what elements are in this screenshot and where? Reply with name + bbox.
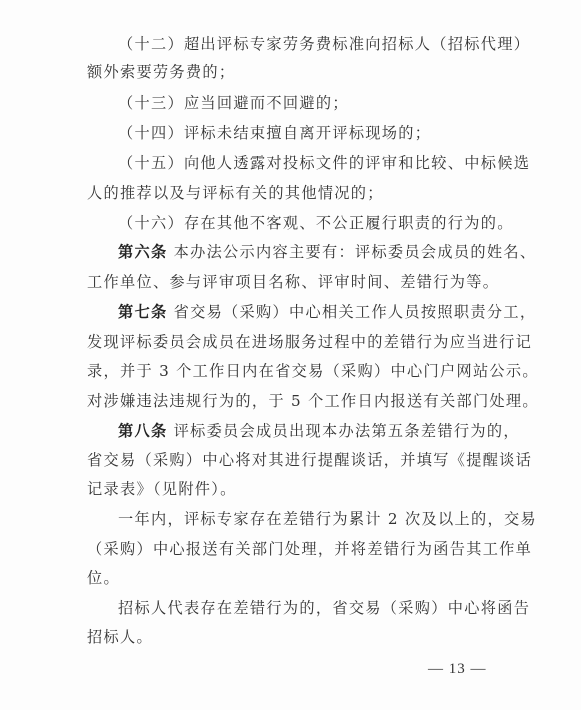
document-page: （十二）超出评标专家劳务费标准向招标人（招标代理） 额外索要劳务费的； （十三）…: [0, 0, 581, 710]
page-number: — 13 —: [428, 661, 487, 678]
text-line: 省交易（采购）中心将对其进行提醒谈话，并填写《提醒谈话: [87, 450, 532, 470]
text-line: 记录表》（见附件）。: [87, 479, 237, 499]
text-line: （采购）中心报送有关部门处理，并将差错行为函告其工作单: [87, 539, 532, 559]
text-line: 发现评标委员会成员在进场服务过程中的差错行为应当进行记: [87, 332, 532, 352]
text-line: 招标人。: [87, 627, 153, 647]
article-8-line: 第八条 评标委员会成员出现本办法第五条差错行为的，: [118, 421, 520, 441]
article-text: 本办法公示内容主要有：评标委员会成员的姓名、: [167, 243, 536, 261]
text-line: 人的推荐以及与评标有关的其他情况的；: [87, 183, 384, 203]
article-6-line: 第六条 本办法公示内容主要有：评标委员会成员的姓名、: [118, 242, 536, 262]
text-line: （十四）评标未结束擅自离开评标现场的；: [118, 123, 431, 143]
text-line: 工作单位、参与评审项目名称、评审时间、差错行为等。: [87, 272, 499, 292]
article-heading: 第八条: [118, 422, 167, 440]
text-line: 额外索要劳务费的；: [87, 62, 235, 82]
article-7-line: 第七条 省交易（采购）中心相关工作人员按照职责分工，: [118, 302, 536, 322]
article-text: 评标委员会成员出现本办法第五条差错行为的，: [167, 422, 519, 440]
article-text: 省交易（采购）中心相关工作人员按照职责分工，: [167, 303, 536, 321]
text-line: （十二）超出评标专家劳务费标准向招标人（招标代理）: [118, 34, 530, 54]
text-line: （十六）存在其他不客观、不公正履行职责的行为的。: [118, 213, 514, 233]
text-line: 对涉嫌违法违规行为的，于 5 个工作日内报送有关部门处理。: [87, 391, 539, 411]
text-line: （十五）向他人透露对投标文件的评审和比较、中标候选: [118, 153, 530, 173]
text-line: 录，并于 3 个工作日内在省交易（采购）中心门户网站公示。: [87, 361, 539, 381]
article-heading: 第七条: [118, 303, 167, 321]
text-line: 招标人代表存在差错行为的，省交易（采购）中心将函告: [118, 598, 530, 618]
article-heading: 第六条: [118, 243, 167, 261]
text-line: 位。: [87, 568, 120, 588]
text-line: （十三）应当回避而不回避的；: [118, 93, 349, 113]
text-line: 一年内，评标专家存在差错行为累计 2 次及以上的，交易: [118, 509, 537, 529]
